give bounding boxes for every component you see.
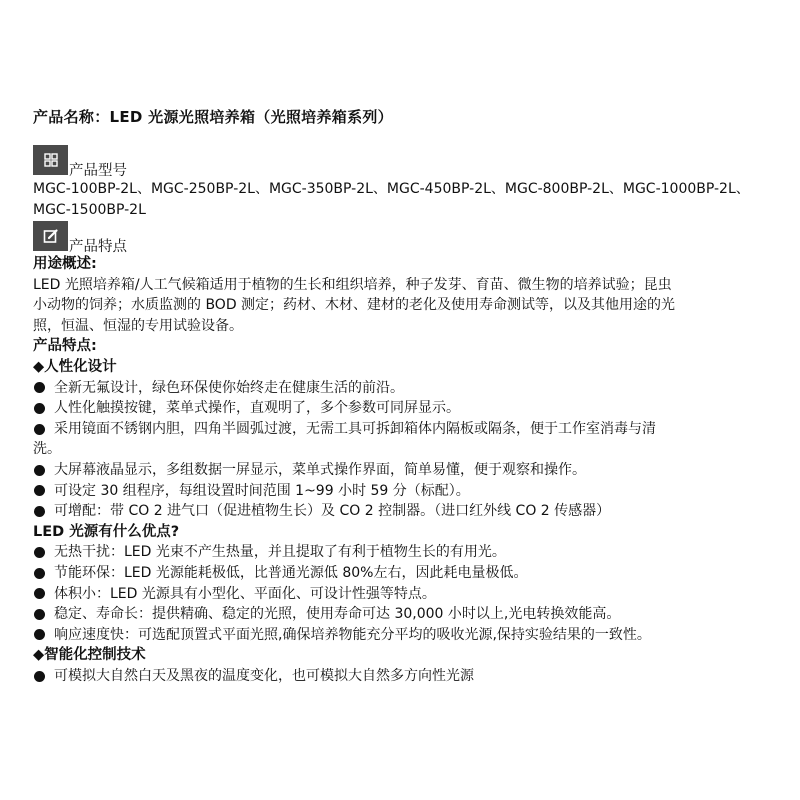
smart-control-item: 可模拟大自然白天及黑夜的温度变化，也可模拟大自然多方向性光源 xyxy=(33,666,773,687)
led-advantage-item: 节能环保：LED 光源能耗极低，比普通光源低 80%左右，因此耗电量极低。 xyxy=(33,563,773,584)
bullet-icon xyxy=(34,629,45,640)
bullet-icon xyxy=(34,506,45,517)
feature-item: 可设定 30 组程序，每组设置时间范围 1~99 小时 59 分（标配）。 xyxy=(33,481,773,502)
features-section-label: 产品特点 xyxy=(69,239,127,255)
product-title: 产品名称：LED 光源光照培养箱（光照培养箱系列） xyxy=(33,106,393,127)
bullet-icon xyxy=(34,382,45,393)
bullet-icon xyxy=(34,485,45,496)
feature-item: 可增配：带 CO 2 进气口（促进植物生长）及 CO 2 控制器。（进口红外线 … xyxy=(33,501,773,522)
features-content: 用途概述: LED 光照培养箱/人工气候箱适用于植物的生长和组织培养，种子发芽、… xyxy=(33,254,773,686)
usage-line: 小动物的饲养；水质监测的 BOD 测定；药材、木材、建材的老化及使用寿命测试等，… xyxy=(33,295,773,316)
led-advantages-heading: LED 光源有什么优点? xyxy=(33,522,773,543)
feature-item: 人性化触摸按键，菜单式操作，直观明了，多个参数可同屏显示。 xyxy=(33,398,773,419)
smart-control-heading: ◆智能化控制技术 xyxy=(33,645,773,666)
usage-line: LED 光照培养箱/人工气候箱适用于植物的生长和组织培养，种子发芽、育苗、微生物… xyxy=(33,275,773,296)
bullet-icon xyxy=(34,424,45,435)
feature-item: 全新无氟设计，绿色环保使你始终走在健康生活的前沿。 xyxy=(33,378,773,399)
bullet-icon xyxy=(34,465,45,476)
usage-heading: 用途概述: xyxy=(33,254,773,275)
bullet-icon xyxy=(34,568,45,579)
led-advantage-item: 稳定、寿命长：提供精确、稳定的光照，使用寿命可达 30,000 小时以上,光电转… xyxy=(33,604,773,625)
led-advantage-item: 响应速度快：可选配顶置式平面光照,确保培养物能充分平均的吸收光源,保持实验结果的… xyxy=(33,625,773,646)
model-list-line: MGC-100BP-2L、MGC-250BP-2L、MGC-350BP-2L、M… xyxy=(33,179,773,200)
grid-icon xyxy=(33,145,68,175)
features-heading: 产品特点: xyxy=(33,336,773,357)
feature-item-continuation: 洗。 xyxy=(33,439,773,460)
feature-item: 大屏幕液晶显示，多组数据一屏显示，菜单式操作界面，简单易懂，便于观察和操作。 xyxy=(33,460,773,481)
led-advantage-item: 体积小：LED 光源具有小型化、平面化、可设计性强等特点。 xyxy=(33,584,773,605)
edit-icon xyxy=(33,221,68,251)
humanized-design-heading: ◆人性化设计 xyxy=(33,357,773,378)
model-list: MGC-100BP-2L、MGC-250BP-2L、MGC-350BP-2L、M… xyxy=(33,179,773,221)
bullet-icon xyxy=(34,588,45,599)
feature-item: 采用镜面不锈钢内胆，四角半圆弧过渡，无需工具可拆卸箱体内隔板或隔条，便于工作室消… xyxy=(33,419,773,440)
bullet-icon xyxy=(34,671,45,682)
bullet-icon xyxy=(34,609,45,620)
models-section-label: 产品型号 xyxy=(69,163,127,179)
model-list-line: MGC-1500BP-2L xyxy=(33,200,773,221)
models-section-header: 产品型号 xyxy=(33,145,127,175)
led-advantage-item: 无热干扰：LED 光束不产生热量，并且提取了有利于植物生长的有用光。 xyxy=(33,542,773,563)
bullet-icon xyxy=(34,547,45,558)
bullet-icon xyxy=(34,403,45,414)
features-section-header: 产品特点 xyxy=(33,221,127,251)
usage-line: 照，恒温、恒湿的专用试验设备。 xyxy=(33,316,773,337)
